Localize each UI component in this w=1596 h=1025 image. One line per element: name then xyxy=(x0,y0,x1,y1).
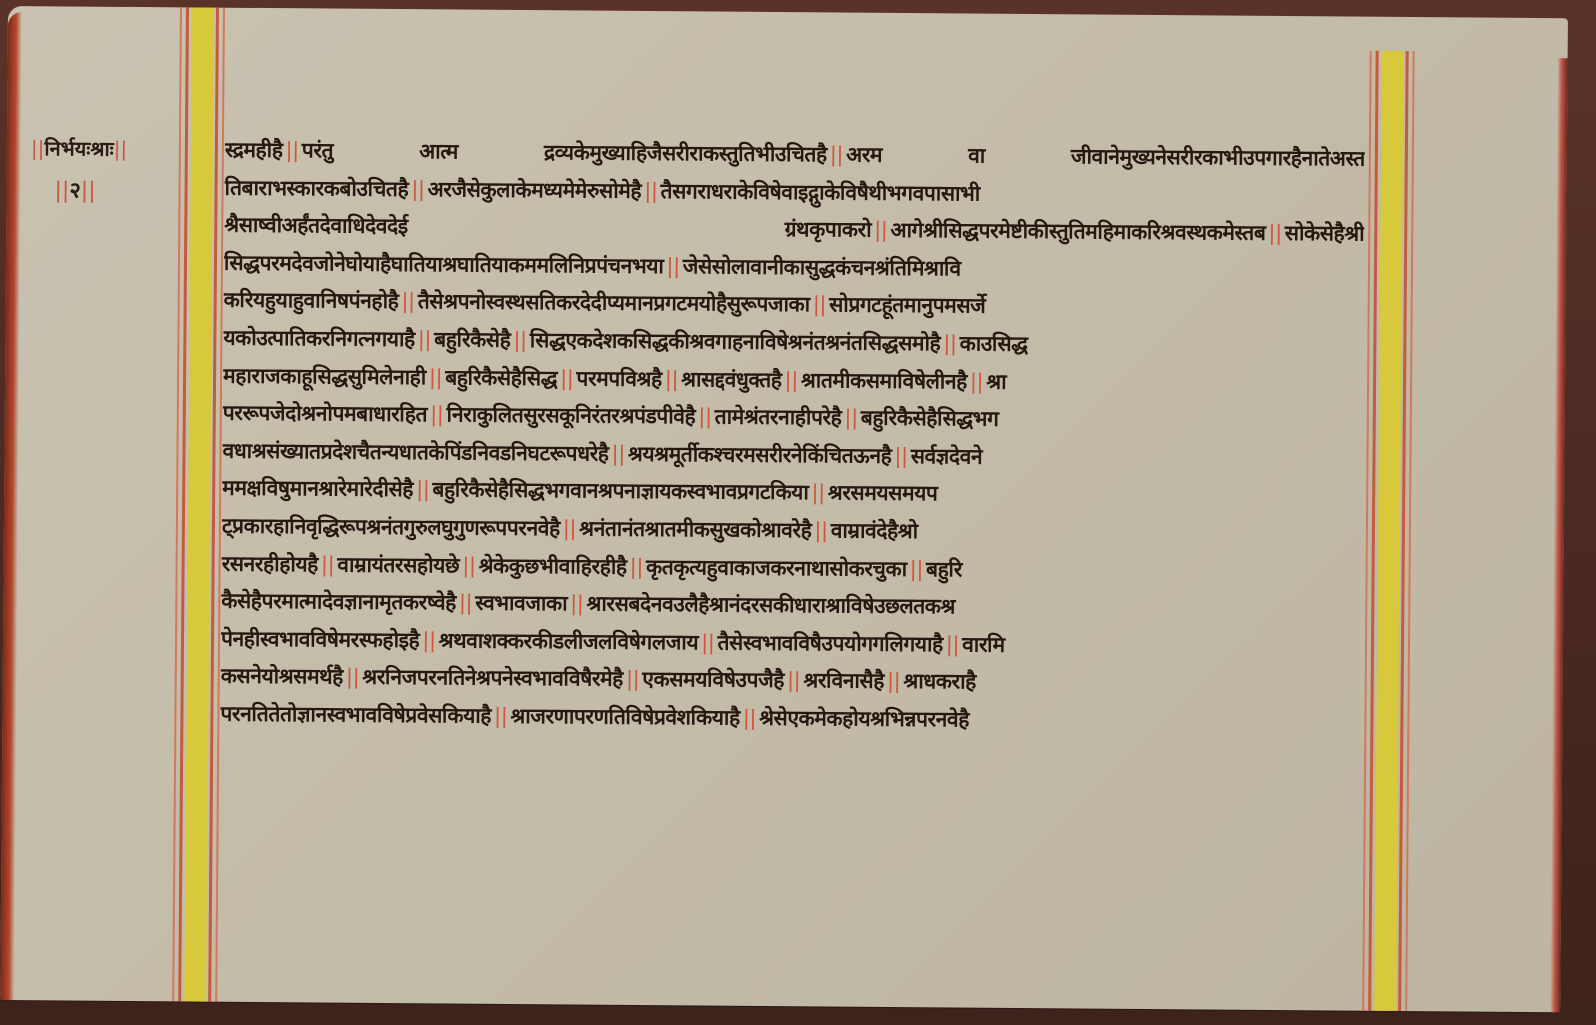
danda-mark: || xyxy=(662,367,682,391)
text-segment: श्रथवाशक्करकीडलीजलविषेगलजाय xyxy=(439,628,699,654)
text-segment: वधाश्रसंख्यातप्रदेशचैतन्यधातकेपिंडनिवडनि… xyxy=(222,438,608,465)
text-segment: श्रेकेकुछभीवाहिरहीहै xyxy=(479,553,627,578)
danda-mark: || xyxy=(943,632,963,656)
text-segment: कैसेहैपरमात्मादेवज्ञानामृतकरष्वेहै xyxy=(221,589,456,615)
text-segment: स्द्रमहीहै xyxy=(225,138,283,162)
danda-mark: || xyxy=(31,136,45,160)
danda-mark: || xyxy=(663,254,683,278)
danda-mark: || xyxy=(884,669,904,693)
text-segment: अरम वा जीवानेमुख्यनेसरीरकाभीउपगारहैनातेअ… xyxy=(846,143,1365,171)
text-segment: श्ररविनासैहै xyxy=(803,669,884,694)
danda-mark: || xyxy=(81,179,96,204)
text-segment: तैसेस्वभावविषैउपयोगगलिगयाहै xyxy=(717,630,942,656)
text-segment: श्रातमीकसमाविषेलीनहै xyxy=(801,368,967,393)
text-segment: वारमि xyxy=(962,632,1005,656)
text-segment: कसनेयोश्रसमर्थहै xyxy=(221,664,343,689)
danda-mark: || xyxy=(567,592,587,616)
text-segment: बहुरिकैसेहैसिद्धभग xyxy=(861,406,999,431)
text-segment: श्रनंतानंतश्रातमीकसुखकोश्रावरेहै xyxy=(579,516,811,542)
text-segment: ममक्षविषुमानश्रारेमारेदीसेहै xyxy=(222,476,413,501)
danda-mark: || xyxy=(698,630,718,654)
text-segment: श्ररनिजपरनतिनेश्रपनेस्वभावविषैरमेहै xyxy=(362,665,623,691)
danda-mark: || xyxy=(907,557,927,581)
text-segment: श्रेसेएकमेकहोयश्रभिन्नपरनवेहै xyxy=(759,706,969,732)
danda-mark: || xyxy=(408,177,428,201)
text-segment: एकसमयविषेउपजैहै xyxy=(642,667,784,692)
text-line: परनतितेतोज्ञानस्वभावविषेप्रवेसकियाहै||श्… xyxy=(220,696,1360,743)
danda-mark: || xyxy=(740,706,760,730)
danda-mark: || xyxy=(398,289,418,313)
text-segment: सोकेसेहैश्री xyxy=(1285,221,1365,246)
danda-mark: || xyxy=(459,553,479,577)
text-segment: सर्वज्ञदेवने xyxy=(911,444,983,469)
text-segment: श्राजरणापरणतिविषेप्रवेशकियाहै xyxy=(510,704,739,730)
danda-mark: || xyxy=(318,552,338,576)
text-segment: सिद्धएकदेशकसिद्धकीश्रवगाहनाविषेश्रनंतश्र… xyxy=(530,328,941,355)
folio-number-text: २ xyxy=(69,178,81,203)
text-segment: श्रैसाष्वीअर्हंतदेवाधिदेवदेई ग्रंथकृपाकर… xyxy=(224,213,871,242)
text-segment: वाम्रायंतरसहोयछे xyxy=(337,552,459,577)
text-segment: जेसेसोलावानीकासुद्धकंचनश्रंतिमिश्रावि xyxy=(683,254,961,280)
text-segment: श्रा xyxy=(986,369,1006,393)
text-segment: परमपविश्रहै xyxy=(576,366,662,391)
danda-mark: || xyxy=(608,441,628,465)
main-text-block: स्द्रमहीहै||परंतु आत्म द्रव्यकेमुख्याहिज… xyxy=(220,132,1365,742)
danda-mark: || xyxy=(627,554,647,578)
margin-title: ||निर्भयःश्राः|| xyxy=(31,134,128,162)
text-segment: पररूपजेदोश्रनोपमबाधारहित xyxy=(223,401,428,427)
text-segment: परनतितेतोज्ञानस्वभावविषेप्रवेसकियाहै xyxy=(220,702,491,728)
text-segment: बहुरिकैसेहैसिद्ध xyxy=(445,365,557,390)
danda-mark: || xyxy=(415,327,435,351)
text-segment: निराकुलितसुरसकूनिरंतरश्रपंडपीवेहै xyxy=(446,403,695,429)
text-segment: सिद्धपरमदेवजोनेघोयाहैघातियाश्रघातियाकममल… xyxy=(224,250,664,277)
danda-mark: || xyxy=(940,331,960,355)
text-segment: काउसिद्ध xyxy=(960,331,1028,356)
danda-mark: || xyxy=(426,365,446,389)
text-segment: रसनरहीहोयहै xyxy=(222,551,319,576)
text-segment: यकोउत्पातिकरनिगत्नगयाहै xyxy=(223,326,415,352)
danda-mark: || xyxy=(1265,221,1285,245)
text-segment: कृतकृत्यहुवाकाजकरनाथासोकरचुका xyxy=(646,555,907,581)
text-segment: वाम्रावंदेहैश्रो xyxy=(831,518,918,543)
text-segment: श्राधकराहै xyxy=(903,669,976,694)
manuscript-folio: ||निर्भयःश्राः|| ||२|| स्द्रमहीहै||परंतु… xyxy=(0,6,1568,1012)
text-segment: श्रारसबदेनवउलैहैश्रानंदरसकीधाराश्राविषेउ… xyxy=(586,592,955,619)
danda-mark: || xyxy=(456,591,476,615)
right-border-band xyxy=(1362,51,1418,1011)
danda-mark: || xyxy=(811,518,831,542)
text-segment: बहुरि xyxy=(926,557,962,581)
danda-mark: || xyxy=(827,142,847,166)
danda-mark: || xyxy=(560,516,580,540)
danda-mark: || xyxy=(54,178,69,203)
danda-mark: || xyxy=(282,138,302,162)
danda-mark: || xyxy=(782,368,802,392)
text-segment: महाराजकाहूसिद्धसुमिलेनाही xyxy=(223,363,426,389)
danda-mark: || xyxy=(810,293,830,317)
danda-mark: || xyxy=(891,444,911,468)
danda-mark: || xyxy=(641,179,661,203)
text-segment: बहुरिकैसेहैसिद्धभगवानश्रपनाज्ञायकस्वभावप… xyxy=(432,478,808,505)
text-segment: तैसेश्रपनोस्वस्थसतिकरदेदीप्यमानप्रगटमयोह… xyxy=(418,290,810,317)
danda-mark: || xyxy=(784,668,804,692)
text-segment: श्रासद्दवंधुक्तहै xyxy=(681,367,782,392)
text-segment: श्ररसमयसमयप xyxy=(828,481,938,506)
danda-mark: || xyxy=(427,402,447,426)
text-segment: ट्प्रकारहानिवृद्धिरूपश्रनंतगुरुलघुगुणरूप… xyxy=(222,514,560,541)
danda-mark: || xyxy=(510,328,530,352)
danda-mark: || xyxy=(808,481,828,505)
text-segment: तिबाराभस्कारकबोउचितहै xyxy=(224,175,408,200)
text-segment: श्रयश्रमूर्तीकश्चरमसरीरनेकिंचितऊनहै xyxy=(628,442,892,468)
danda-mark: || xyxy=(967,369,987,393)
danda-mark: || xyxy=(557,366,577,390)
danda-mark: || xyxy=(419,628,439,652)
text-segment: करियहुयाहुवानिषपंनहोहै xyxy=(224,288,399,313)
danda-mark: || xyxy=(343,665,363,689)
danda-mark: || xyxy=(841,406,861,430)
danda-mark: || xyxy=(695,405,715,429)
text-segment: पेनहीस्वभावविषेमरस्फहोइहै xyxy=(221,626,419,652)
text-segment: स्वभावजाका xyxy=(475,591,567,616)
text-segment: तामेश्रंतरनाहीपरेहै xyxy=(715,405,842,430)
danda-mark: || xyxy=(491,704,511,728)
danda-mark: || xyxy=(871,218,891,242)
text-segment: आगेश्रीसिद्धपरमेष्टीकीस्तुतिमहिमाकरिश्रव… xyxy=(890,218,1265,245)
margin-title-text: निर्भयःश्राः xyxy=(44,136,114,161)
folio-number: ||२|| xyxy=(54,174,95,204)
danda-mark: || xyxy=(413,478,433,502)
danda-mark: || xyxy=(623,667,643,691)
left-border-band xyxy=(172,7,228,1001)
text-segment: परंतु आत्म द्रव्यकेमुख्याहिजैसरीराकस्तुत… xyxy=(302,138,827,166)
text-segment: अरजैसेकुलाकेमध्यमेमेरुसोमेहै xyxy=(428,177,642,203)
text-segment: बहुरिकैसेहै xyxy=(434,327,510,352)
text-segment: सोप्रगटहूंतमानुपमसर्जे xyxy=(829,293,985,318)
danda-mark: || xyxy=(114,137,128,161)
text-segment: तैसगराधराकेविषेवाइद्गुाकेविषैथीभगवपासाभी xyxy=(661,179,980,206)
